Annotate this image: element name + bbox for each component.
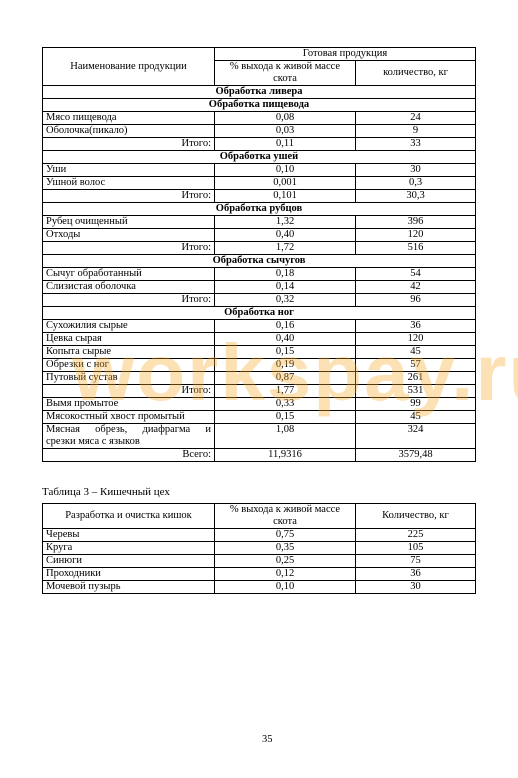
table-row: Рубец очищенный1,32396 — [43, 216, 476, 229]
total-label: Итого: — [43, 190, 215, 203]
table-row: Сычуг обработанный0,1854 — [43, 268, 476, 281]
qty-cell: 75 — [356, 555, 476, 568]
total-row: Итого:0,10130,3 — [43, 190, 476, 203]
percent-cell: 1,08 — [215, 424, 356, 449]
product-name: Сычуг обработанный — [43, 268, 215, 281]
percent-cell: 0,15 — [215, 346, 356, 359]
qty-cell: 261 — [356, 372, 476, 385]
percent-cell: 0,11 — [215, 138, 356, 151]
product-name: Мочевой пузырь — [43, 581, 215, 594]
table-row: Проходники0,1236 — [43, 568, 476, 581]
table-row: Мясная обрезь, диафрагма исрезки мяса с … — [43, 424, 476, 449]
section-title: Обработка ног — [43, 307, 476, 320]
percent-cell: 1,32 — [215, 216, 356, 229]
product-name: Проходники — [43, 568, 215, 581]
qty-cell: 0,3 — [356, 177, 476, 190]
percent-cell: 0,33 — [215, 398, 356, 411]
qty-cell: 120 — [356, 229, 476, 242]
qty-cell: 396 — [356, 216, 476, 229]
qty-cell: 105 — [356, 542, 476, 555]
table-row: Сухожилия сырые0,1636 — [43, 320, 476, 333]
qty-cell: 324 — [356, 424, 476, 449]
percent-cell: 0,001 — [215, 177, 356, 190]
section-title: Обработка ливера — [43, 86, 476, 99]
percent-cell: 0,08 — [215, 112, 356, 125]
table-row: Мясо пищевода0,0824 — [43, 112, 476, 125]
total-label: Всего: — [43, 449, 215, 462]
table-row: Ушной волос0,0010,3 — [43, 177, 476, 190]
product-name: Слизистая оболочка — [43, 281, 215, 294]
total-label: Итого: — [43, 138, 215, 151]
qty-cell: 225 — [356, 529, 476, 542]
product-name: Отходы — [43, 229, 215, 242]
section-title: Обработка ушей — [43, 151, 476, 164]
qty-cell: 24 — [356, 112, 476, 125]
table-row: Мочевой пузырь0,1030 — [43, 581, 476, 594]
section-title: Обработка сычугов — [43, 255, 476, 268]
percent-cell: 0,16 — [215, 320, 356, 333]
table-row: Слизистая оболочка0,1442 — [43, 281, 476, 294]
section-row: Обработка ног — [43, 307, 476, 320]
section-row: Обработка ушей — [43, 151, 476, 164]
qty-cell: 45 — [356, 346, 476, 359]
byproducts-table: Наименование продукции Готовая продукция… — [42, 47, 476, 462]
percent-cell: 1,77 — [215, 385, 356, 398]
table-row: Цевка сырая0,40120 — [43, 333, 476, 346]
total-label: Итого: — [43, 385, 215, 398]
qty-cell: 33 — [356, 138, 476, 151]
section-title: Обработка рубцов — [43, 203, 476, 216]
product-name: Ушной волос — [43, 177, 215, 190]
percent-cell: 0,10 — [215, 164, 356, 177]
product-name: Уши — [43, 164, 215, 177]
qty-cell: 96 — [356, 294, 476, 307]
product-name: Обрезки с ног — [43, 359, 215, 372]
table-row: Отходы0,40120 — [43, 229, 476, 242]
header-name: Разработка и очистка кишок — [43, 504, 215, 529]
product-name: Сухожилия сырые — [43, 320, 215, 333]
percent-cell: 11,9316 — [215, 449, 356, 462]
total-label: Итого: — [43, 242, 215, 255]
percent-cell: 0,101 — [215, 190, 356, 203]
product-name-line1: Мясная обрезь, диафрагма и — [46, 424, 211, 436]
table-row: Черевы0,75225 — [43, 529, 476, 542]
percent-cell: 0,18 — [215, 268, 356, 281]
section-row: Обработка рубцов — [43, 203, 476, 216]
product-name: Копыта сырые — [43, 346, 215, 359]
percent-cell: 0,75 — [215, 529, 356, 542]
header-percent: % выхода к живой массе скота — [215, 61, 356, 86]
total-row: Всего:11,93163579,48 — [43, 449, 476, 462]
table-row: Синюги0,2575 — [43, 555, 476, 568]
percent-cell: 0,40 — [215, 229, 356, 242]
product-name: Оболочка(пикало) — [43, 125, 215, 138]
qty-cell: 516 — [356, 242, 476, 255]
qty-cell: 3579,48 — [356, 449, 476, 462]
percent-cell: 0,32 — [215, 294, 356, 307]
product-name: Мясная обрезь, диафрагма исрезки мяса с … — [43, 424, 215, 449]
percent-cell: 0,12 — [215, 568, 356, 581]
total-label: Итого: — [43, 294, 215, 307]
qty-cell: 30,3 — [356, 190, 476, 203]
section-row: Обработка сычугов — [43, 255, 476, 268]
percent-cell: 1,72 — [215, 242, 356, 255]
product-name: Путовый сустав — [43, 372, 215, 385]
percent-cell: 0,40 — [215, 333, 356, 346]
table-row: Копыта сырые0,1545 — [43, 346, 476, 359]
table-row: Оболочка(пикало)0,039 — [43, 125, 476, 138]
table-caption: Таблица 3 – Кишечный цех — [42, 486, 170, 498]
qty-cell: 36 — [356, 568, 476, 581]
qty-cell: 42 — [356, 281, 476, 294]
qty-cell: 45 — [356, 411, 476, 424]
qty-cell: 57 — [356, 359, 476, 372]
total-row: Итого:1,77531 — [43, 385, 476, 398]
section-title: Обработка пищевода — [43, 99, 476, 112]
header-group: Готовая продукция — [215, 48, 476, 61]
table-row: Обрезки с ног0,1957 — [43, 359, 476, 372]
product-name: Цевка сырая — [43, 333, 215, 346]
header-percent: % выхода к живой массе скота — [215, 504, 356, 529]
percent-cell: 0,35 — [215, 542, 356, 555]
header-qty: количество, кг — [356, 61, 476, 86]
percent-cell: 0,87 — [215, 372, 356, 385]
header-qty: Количество, кг — [356, 504, 476, 529]
header-name: Наименование продукции — [43, 48, 215, 86]
total-row: Итого:0,1133 — [43, 138, 476, 151]
product-name: Черевы — [43, 529, 215, 542]
table-row: Мясокостный хвост промытый0,1545 — [43, 411, 476, 424]
table-row: Круга0,35105 — [43, 542, 476, 555]
page-number: 35 — [262, 734, 273, 745]
qty-cell: 36 — [356, 320, 476, 333]
product-name-line2: срезки мяса с языков — [46, 436, 211, 448]
qty-cell: 9 — [356, 125, 476, 138]
percent-cell: 0,15 — [215, 411, 356, 424]
intestine-table: Разработка и очистка кишок % выхода к жи… — [42, 503, 476, 594]
product-name: Синюги — [43, 555, 215, 568]
percent-cell: 0,14 — [215, 281, 356, 294]
section-row: Обработка пищевода — [43, 99, 476, 112]
qty-cell: 120 — [356, 333, 476, 346]
table-row: Путовый сустав0,87261 — [43, 372, 476, 385]
product-name: Рубец очищенный — [43, 216, 215, 229]
percent-cell: 0,03 — [215, 125, 356, 138]
qty-cell: 99 — [356, 398, 476, 411]
qty-cell: 30 — [356, 581, 476, 594]
total-row: Итого:1,72516 — [43, 242, 476, 255]
qty-cell: 531 — [356, 385, 476, 398]
total-row: Итого:0,3296 — [43, 294, 476, 307]
percent-cell: 0,10 — [215, 581, 356, 594]
percent-cell: 0,25 — [215, 555, 356, 568]
section-row: Обработка ливера — [43, 86, 476, 99]
product-name: Мясокостный хвост промытый — [43, 411, 215, 424]
table-row: Вымя промытое0,3399 — [43, 398, 476, 411]
product-name: Мясо пищевода — [43, 112, 215, 125]
product-name: Круга — [43, 542, 215, 555]
table-row: Уши0,1030 — [43, 164, 476, 177]
product-name: Вымя промытое — [43, 398, 215, 411]
qty-cell: 30 — [356, 164, 476, 177]
qty-cell: 54 — [356, 268, 476, 281]
percent-cell: 0,19 — [215, 359, 356, 372]
